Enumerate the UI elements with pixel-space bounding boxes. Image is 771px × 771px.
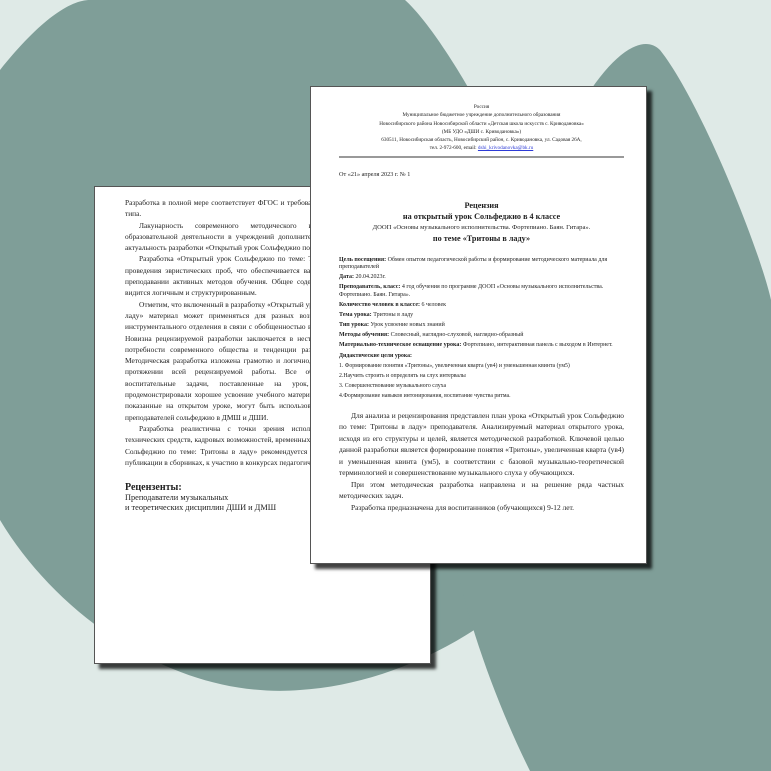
detail-label: Цель посещения: xyxy=(339,257,386,263)
detail-value: Урок усвоение новых знаний xyxy=(369,322,445,328)
paragraph: Для анализа и рецензирования представлен… xyxy=(339,410,624,479)
paragraph: При этом методическая разработка направл… xyxy=(339,479,624,502)
detail-label: Материально-техническое оснащение урока: xyxy=(339,342,461,348)
detail-value: 6 человек xyxy=(420,302,446,308)
goal-item: 2.Научить строить и определять на слух и… xyxy=(339,372,624,380)
paragraph: Разработка предназначена для воспитанник… xyxy=(339,502,624,514)
detail-row: Тема урока: Тритоны в ладу xyxy=(339,312,624,320)
document-subtitle: на открытый урок Сольфеджио в 4 классе xyxy=(339,211,624,222)
detail-row: Материально-техническое оснащение урока:… xyxy=(339,342,624,350)
address: 630511, Новосибирская область, Новосибир… xyxy=(339,136,624,144)
header-divider xyxy=(339,156,624,158)
topic-line: по теме «Тритоны в ладу» xyxy=(339,233,624,244)
lesson-details: Цель посещения: Обмен опытом педагогичес… xyxy=(339,257,624,350)
country: Россия xyxy=(339,103,624,111)
document-title: Рецензия xyxy=(339,200,624,211)
detail-row: Количество человек в классе: 6 человек xyxy=(339,302,624,310)
letterhead: Россия Муниципальное бюджетное учреждени… xyxy=(339,103,624,153)
reference-line: От «21» апреля 2023 г. № 1 xyxy=(339,171,624,179)
document-title-block: Рецензия на открытый урок Сольфеджио в 4… xyxy=(339,200,624,244)
detail-row: Тип урока: Урок усвоение новых знаний xyxy=(339,322,624,330)
detail-value: Фортепиано, интерактивная панель с выход… xyxy=(461,342,612,348)
detail-label: Тип урока: xyxy=(339,322,369,328)
email-link[interactable]: dshi_krivodanovka@bk.ru xyxy=(478,145,533,151)
detail-label: Тема урока: xyxy=(339,312,372,318)
front-document-page: Россия Муниципальное бюджетное учреждени… xyxy=(310,86,647,564)
detail-row: Преподаватель, класс: 4 год обучения по … xyxy=(339,284,624,299)
org-line: Новосибирского района Новосибирской обла… xyxy=(339,120,624,128)
goals-title-text: Дидактические цели урока: xyxy=(339,353,412,359)
detail-value: Тритоны в ладу xyxy=(372,312,413,318)
review-body: Для анализа и рецензирования представлен… xyxy=(339,410,624,514)
program-line: ДООП «Основы музыкального исполнительств… xyxy=(339,222,624,233)
detail-label: Дата: xyxy=(339,274,354,280)
goal-item: 4.Формирование навыков интонирования, во… xyxy=(339,392,624,400)
detail-label: Преподаватель, класс: xyxy=(339,284,400,290)
goal-item: 1. Формирование понятия «Тритоны», увели… xyxy=(339,362,624,370)
phone-label: тел. 2-972-600, email: xyxy=(430,145,477,151)
lesson-goals: Дидактические цели урока:1. Формирование… xyxy=(339,352,624,400)
detail-label: Методы обучения: xyxy=(339,332,389,338)
org-short: (МБ УДО «ДШИ с. Криводановка») xyxy=(339,128,624,136)
detail-row: Методы обучения: Словесный, наглядно-слу… xyxy=(339,332,624,340)
org-line: Муниципальное бюджетное учреждение допол… xyxy=(339,111,624,119)
goal-item: 3. Совершенствование музыкального слуха xyxy=(339,382,624,390)
detail-label: Количество человек в классе: xyxy=(339,302,420,308)
detail-value: Словесный, наглядно-слуховой, наглядно-о… xyxy=(389,332,523,338)
detail-row: Цель посещения: Обмен опытом педагогичес… xyxy=(339,257,624,272)
detail-value: 20.04.2023г. xyxy=(354,274,386,280)
goals-title: Дидактические цели урока: xyxy=(339,352,624,360)
detail-row: Дата: 20.04.2023г. xyxy=(339,274,624,282)
